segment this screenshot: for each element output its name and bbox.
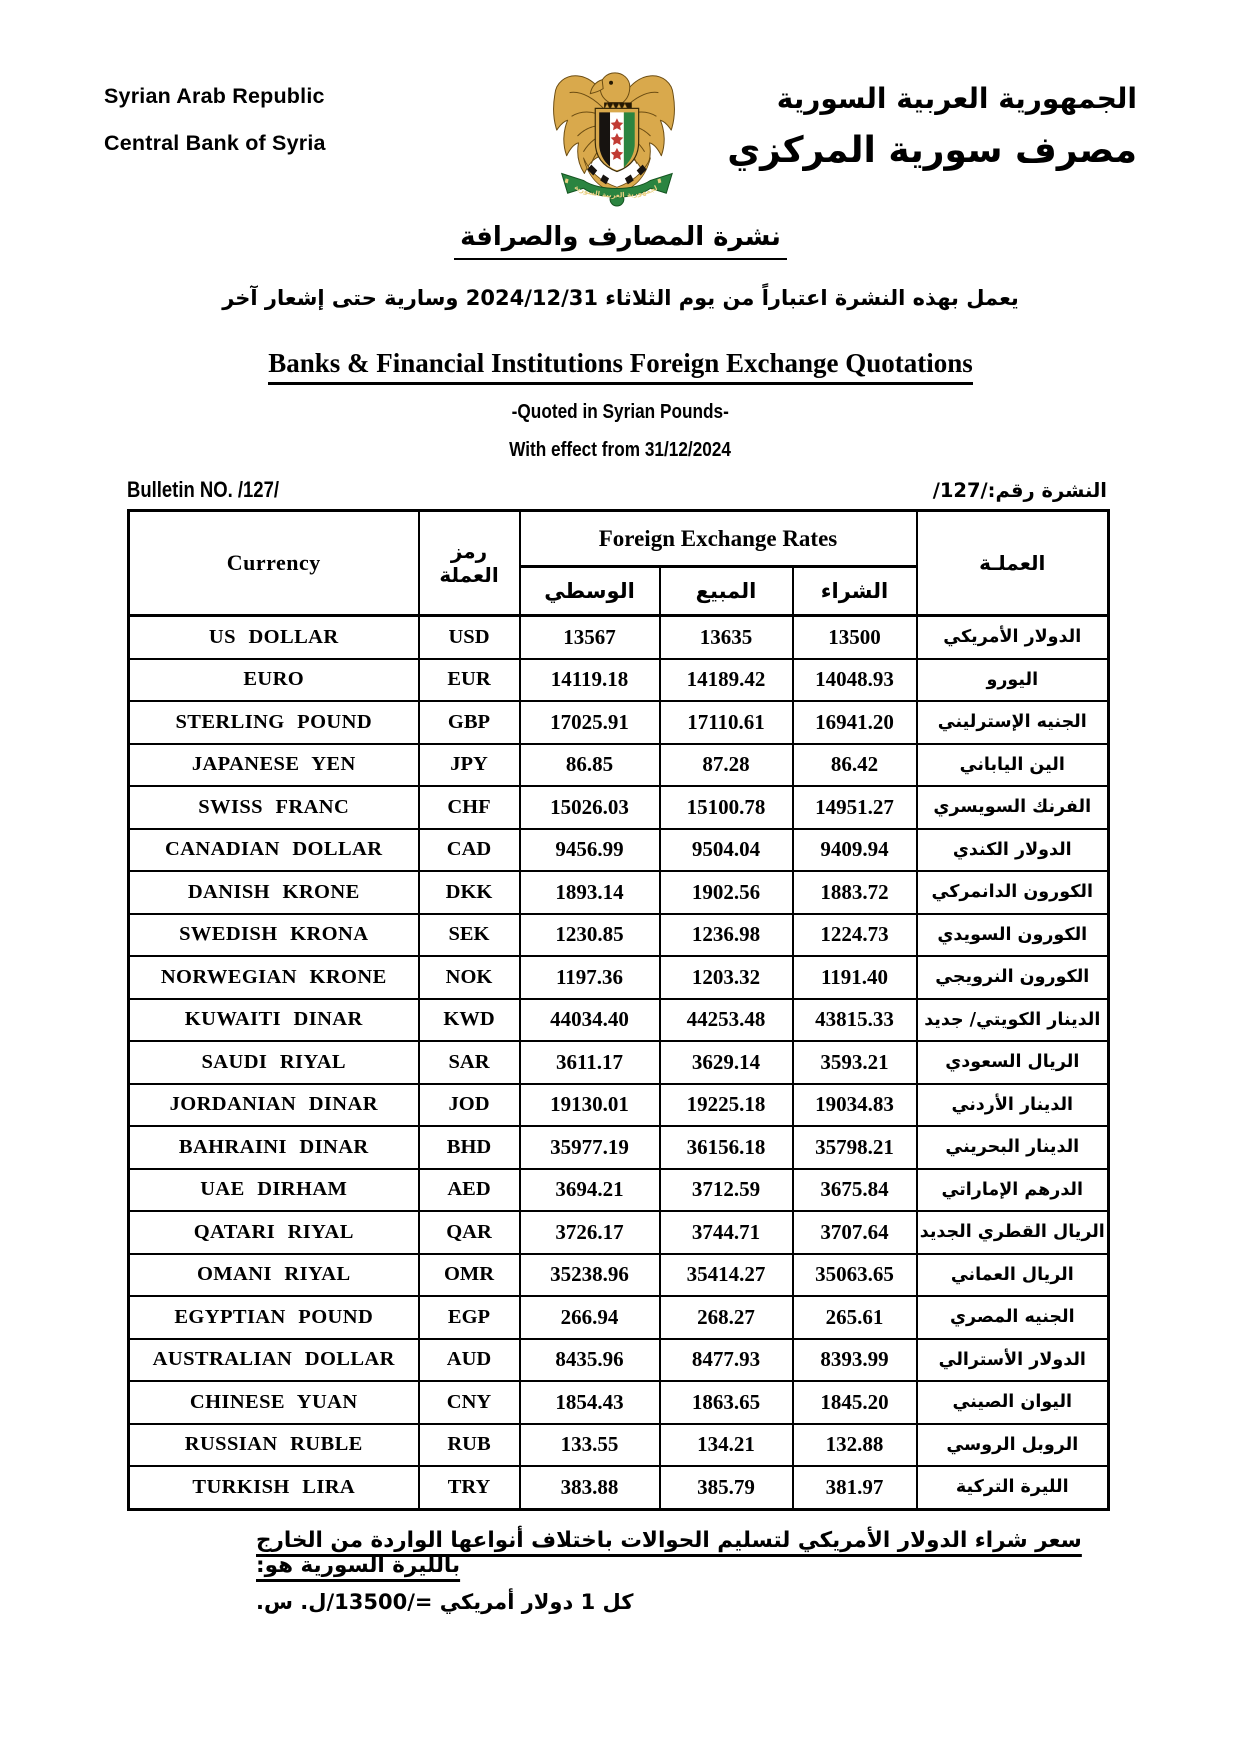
bulletin-number-row: Bulletin NO. /127/ النشرة رقم:/127/ xyxy=(127,477,1107,503)
currency-name-ar-cell: الدينار الأردني xyxy=(917,1084,1109,1127)
currency-name-cell: DANISH KRONE xyxy=(129,871,419,914)
rate-middle-cell: 19130.01 xyxy=(520,1084,660,1127)
currency-name-cell: KUWAITI DINAR xyxy=(129,999,419,1042)
currency-name-cell: US DOLLAR xyxy=(129,616,419,659)
currency-code-cell: AED xyxy=(419,1169,520,1212)
rate-middle-cell: 3611.17 xyxy=(520,1041,660,1084)
currency-row: AUSTRALIAN DOLLAR AUD 8435.96 8477.93 83… xyxy=(129,1339,1109,1382)
rate-middle-cell: 13567 xyxy=(520,616,660,659)
rate-buy-cell: 265.61 xyxy=(793,1296,917,1339)
rate-middle-cell: 3726.17 xyxy=(520,1211,660,1254)
currency-name-cell: CANADIAN DOLLAR xyxy=(129,829,419,872)
rate-buy-cell: 1845.20 xyxy=(793,1381,917,1424)
currency-row: TURKISH LIRA TRY 383.88 385.79 381.97 ال… xyxy=(129,1466,1109,1509)
currency-code-cell: KWD xyxy=(419,999,520,1042)
currency-code-cell: USD xyxy=(419,616,520,659)
currency-row: SWISS FRANC CHF 15026.03 15100.78 14951.… xyxy=(129,786,1109,829)
currency-name-ar-cell: الين الياباني xyxy=(917,744,1109,787)
bulletin-document: Syrian Arab Republic Central Bank of Syr… xyxy=(0,0,1241,1755)
rate-buy-cell: 43815.33 xyxy=(793,999,917,1042)
rates-table-body: US DOLLAR USD 13567 13635 13500 الدولار … xyxy=(129,616,1109,1510)
rate-sell-cell: 8477.93 xyxy=(660,1339,793,1382)
rate-sell-cell: 15100.78 xyxy=(660,786,793,829)
currency-name-ar-cell: الدولار الكندي xyxy=(917,829,1109,872)
currency-name-ar-cell: الريال القطري الجديد xyxy=(917,1211,1109,1254)
bulletin-title-english: Banks & Financial Institutions Foreign E… xyxy=(268,348,973,385)
currency-name-cell: NORWEGIAN KRONE xyxy=(129,956,419,999)
currency-name-cell: JAPANESE YEN xyxy=(129,744,419,787)
rate-buy-cell: 19034.83 xyxy=(793,1084,917,1127)
currency-row: SWEDISH KRONA SEK 1230.85 1236.98 1224.7… xyxy=(129,914,1109,957)
header-rate-sell: المبيع xyxy=(660,567,793,616)
rate-sell-cell: 385.79 xyxy=(660,1466,793,1509)
currency-row: EGYPTIAN POUND EGP 266.94 268.27 265.61 … xyxy=(129,1296,1109,1339)
currency-row: EURO EUR 14119.18 14189.42 14048.93 اليو… xyxy=(129,659,1109,702)
rate-middle-cell: 35238.96 xyxy=(520,1254,660,1297)
header-rates-group: Foreign Exchange Rates xyxy=(520,511,917,567)
currency-name-cell: EURO xyxy=(129,659,419,702)
currency-code-cell: SAR xyxy=(419,1041,520,1084)
rate-buy-cell: 86.42 xyxy=(793,744,917,787)
currency-name-ar-cell: الكورون السويدي xyxy=(917,914,1109,957)
currency-code-cell: BHD xyxy=(419,1126,520,1169)
currency-name-ar-cell: اليوان الصيني xyxy=(917,1381,1109,1424)
currency-name-ar-cell: الجنيه المصري xyxy=(917,1296,1109,1339)
rate-middle-cell: 3694.21 xyxy=(520,1169,660,1212)
bulletin-number-arabic: النشرة رقم:/127/ xyxy=(933,479,1107,502)
currency-code-cell: SEK xyxy=(419,914,520,957)
bank-identification: Syrian Arab Republic Central Bank of Syr… xyxy=(104,84,326,156)
currency-row: RUSSIAN RUBLE RUB 133.55 134.21 132.88 ا… xyxy=(129,1424,1109,1467)
bulletin-title-arabic: نشرة المصارف والصرافة xyxy=(454,222,787,260)
bulletin-number-english-wrap: Bulletin NO. /127/ xyxy=(127,477,308,503)
currency-code-cell: DKK xyxy=(419,871,520,914)
currency-name-cell: SWEDISH KRONA xyxy=(129,914,419,957)
rate-sell-cell: 1236.98 xyxy=(660,914,793,957)
currency-code-cell: CHF xyxy=(419,786,520,829)
header-rate-buy: الشراء xyxy=(793,567,917,616)
currency-name-cell: CHINESE YUAN xyxy=(129,1381,419,1424)
currency-code-cell: JOD xyxy=(419,1084,520,1127)
currency-row: CANADIAN DOLLAR CAD 9456.99 9504.04 9409… xyxy=(129,829,1109,872)
syria-coat-of-arms: الجمهورية العربية السورية xyxy=(549,63,679,209)
currency-name-ar-cell: الدينار البحريني xyxy=(917,1126,1109,1169)
rate-buy-cell: 1224.73 xyxy=(793,914,917,957)
header-currency-en: Currency xyxy=(129,511,419,616)
currency-name-cell: QATARI RIYAL xyxy=(129,1211,419,1254)
currency-row: UAE DIRHAM AED 3694.21 3712.59 3675.84 ا… xyxy=(129,1169,1109,1212)
rate-middle-cell: 1230.85 xyxy=(520,914,660,957)
currency-code-cell: AUD xyxy=(419,1339,520,1382)
currency-row: BAHRAINI DINAR BHD 35977.19 36156.18 357… xyxy=(129,1126,1109,1169)
rate-middle-cell: 1197.36 xyxy=(520,956,660,999)
fx-table-header: Currency رمز العملة Foreign Exchange Rat… xyxy=(129,511,1109,616)
currency-code-cell: JPY xyxy=(419,744,520,787)
currency-name-cell: JORDANIAN DINAR xyxy=(129,1084,419,1127)
currency-name-cell: UAE DIRHAM xyxy=(129,1169,419,1212)
currency-name-cell: RUSSIAN RUBLE xyxy=(129,1424,419,1467)
rate-sell-cell: 87.28 xyxy=(660,744,793,787)
currency-name-cell: EGYPTIAN POUND xyxy=(129,1296,419,1339)
quoted-in-line: -Quoted in Syrian Pounds- xyxy=(512,400,729,424)
currency-name-cell: BAHRAINI DINAR xyxy=(129,1126,419,1169)
currency-name-ar-cell: الفرنك السويسري xyxy=(917,786,1109,829)
rate-middle-cell: 15026.03 xyxy=(520,786,660,829)
rate-sell-cell: 17110.61 xyxy=(660,701,793,744)
rate-sell-cell: 3744.71 xyxy=(660,1211,793,1254)
currency-name-ar-cell: الدولار الأمريكي xyxy=(917,616,1109,659)
currency-row: US DOLLAR USD 13567 13635 13500 الدولار … xyxy=(129,616,1109,659)
currency-name-cell: STERLING POUND xyxy=(129,701,419,744)
currency-name-cell: SWISS FRANC xyxy=(129,786,419,829)
bulletin-title-arabic-wrap: نشرة المصارف والصرافة xyxy=(0,222,1241,260)
currency-name-ar-cell: الكورون الدانمركي xyxy=(917,871,1109,914)
rate-buy-cell: 3707.64 xyxy=(793,1211,917,1254)
rate-buy-cell: 381.97 xyxy=(793,1466,917,1509)
country-name: Syrian Arab Republic xyxy=(104,84,326,109)
rate-buy-cell: 1191.40 xyxy=(793,956,917,999)
rate-middle-cell: 14119.18 xyxy=(520,659,660,702)
currency-row: JORDANIAN DINAR JOD 19130.01 19225.18 19… xyxy=(129,1084,1109,1127)
currency-code-cell: RUB xyxy=(419,1424,520,1467)
rate-buy-cell: 13500 xyxy=(793,616,917,659)
rate-sell-cell: 1863.65 xyxy=(660,1381,793,1424)
currency-row: SAUDI RIYAL SAR 3611.17 3629.14 3593.21 … xyxy=(129,1041,1109,1084)
rate-middle-cell: 1854.43 xyxy=(520,1381,660,1424)
rate-sell-cell: 36156.18 xyxy=(660,1126,793,1169)
currency-name-ar-cell: الدولار الأسترالي xyxy=(917,1339,1109,1382)
currency-name-cell: SAUDI RIYAL xyxy=(129,1041,419,1084)
rate-middle-cell: 1893.14 xyxy=(520,871,660,914)
rate-sell-cell: 3712.59 xyxy=(660,1169,793,1212)
rate-middle-cell: 86.85 xyxy=(520,744,660,787)
bank-arabic-calligraphy: الجمهورية العربية السورية مصرف سورية الم… xyxy=(727,74,1137,178)
currency-code-cell: TRY xyxy=(419,1466,520,1509)
rate-buy-cell: 35063.65 xyxy=(793,1254,917,1297)
bank-name: Central Bank of Syria xyxy=(104,131,326,156)
currency-name-ar-cell: الدرهم الإماراتي xyxy=(917,1169,1109,1212)
currency-name-ar-cell: الريال العماني xyxy=(917,1254,1109,1297)
currency-row: JAPANESE YEN JPY 86.85 87.28 86.42 الين … xyxy=(129,744,1109,787)
currency-code-cell: NOK xyxy=(419,956,520,999)
rate-sell-cell: 1203.32 xyxy=(660,956,793,999)
currency-name-ar-cell: الجنيه الإسترليني xyxy=(917,701,1109,744)
currency-code-cell: GBP xyxy=(419,701,520,744)
rate-sell-cell: 14189.42 xyxy=(660,659,793,702)
remittance-footnote: سعر شراء الدولار الأمريكي لتسليم الحوالا… xyxy=(256,1528,1108,1614)
rate-middle-cell: 9456.99 xyxy=(520,829,660,872)
currency-row: STERLING POUND GBP 17025.91 17110.61 169… xyxy=(129,701,1109,744)
header-currency-ar: العملـة xyxy=(917,511,1109,616)
rate-buy-cell: 3593.21 xyxy=(793,1041,917,1084)
rate-sell-cell: 35414.27 xyxy=(660,1254,793,1297)
currency-name-ar-cell: الدينار الكويتي/ جديد xyxy=(917,999,1109,1042)
rate-middle-cell: 44034.40 xyxy=(520,999,660,1042)
currency-name-ar-cell: الكورون النرويجي xyxy=(917,956,1109,999)
rate-buy-cell: 16941.20 xyxy=(793,701,917,744)
header-rate-middle: الوسطي xyxy=(520,567,660,616)
currency-name-ar-cell: الروبل الروسي xyxy=(917,1424,1109,1467)
currency-code-cell: EUR xyxy=(419,659,520,702)
calligraphy-republic-line: الجمهورية العربية السورية xyxy=(727,74,1137,124)
rate-buy-cell: 9409.94 xyxy=(793,829,917,872)
rate-sell-cell: 1902.56 xyxy=(660,871,793,914)
effect-date-line: With effect from 31/12/2024 xyxy=(510,438,732,462)
header-currency-code-ar: رمز العملة xyxy=(419,511,520,616)
currency-name-ar-cell: الليرة التركية xyxy=(917,1466,1109,1509)
validity-note-arabic: يعمل بهذه النشرة اعتباراً من يوم الثلاثا… xyxy=(0,286,1241,310)
currency-name-cell: OMANI RIYAL xyxy=(129,1254,419,1297)
rate-buy-cell: 14951.27 xyxy=(793,786,917,829)
currency-row: QATARI RIYAL QAR 3726.17 3744.71 3707.64… xyxy=(129,1211,1109,1254)
currency-code-cell: QAR xyxy=(419,1211,520,1254)
remittance-note-line: سعر شراء الدولار الأمريكي لتسليم الحوالا… xyxy=(256,1528,1108,1578)
rate-sell-cell: 134.21 xyxy=(660,1424,793,1467)
currency-row: OMANI RIYAL OMR 35238.96 35414.27 35063.… xyxy=(129,1254,1109,1297)
rate-middle-cell: 383.88 xyxy=(520,1466,660,1509)
rate-buy-cell: 1883.72 xyxy=(793,871,917,914)
currency-row: KUWAITI DINAR KWD 44034.40 44253.48 4381… xyxy=(129,999,1109,1042)
bulletin-title-english-wrap: Banks & Financial Institutions Foreign E… xyxy=(0,348,1241,385)
currency-name-ar-cell: اليورو xyxy=(917,659,1109,702)
rate-buy-cell: 132.88 xyxy=(793,1424,917,1467)
shield-stars-icon xyxy=(611,118,624,160)
rate-middle-cell: 266.94 xyxy=(520,1296,660,1339)
rate-middle-cell: 17025.91 xyxy=(520,701,660,744)
currency-code-cell: CAD xyxy=(419,829,520,872)
currency-row: DANISH KRONE DKK 1893.14 1902.56 1883.72… xyxy=(129,871,1109,914)
quoted-in-line-wrap: -Quoted in Syrian Pounds- xyxy=(0,400,1241,424)
currency-name-ar-cell: الريال السعودي xyxy=(917,1041,1109,1084)
currency-name-cell: TURKISH LIRA xyxy=(129,1466,419,1509)
currency-code-cell: EGP xyxy=(419,1296,520,1339)
rate-buy-cell: 14048.93 xyxy=(793,659,917,702)
rate-buy-cell: 8393.99 xyxy=(793,1339,917,1382)
rate-middle-cell: 8435.96 xyxy=(520,1339,660,1382)
rate-buy-cell: 35798.21 xyxy=(793,1126,917,1169)
rate-sell-cell: 44253.48 xyxy=(660,999,793,1042)
calligraphy-bank-line: مصرف سورية المركزي xyxy=(727,124,1137,178)
remittance-rate-line: كل 1 دولار أمريكي =/13500/ل. س. xyxy=(256,1590,1108,1614)
effect-date-line-wrap: With effect from 31/12/2024 xyxy=(0,438,1241,462)
fx-rates-table: Currency رمز العملة Foreign Exchange Rat… xyxy=(127,509,1110,1511)
rate-sell-cell: 9504.04 xyxy=(660,829,793,872)
currency-code-cell: CNY xyxy=(419,1381,520,1424)
currency-row: CHINESE YUAN CNY 1854.43 1863.65 1845.20… xyxy=(129,1381,1109,1424)
rate-middle-cell: 35977.19 xyxy=(520,1126,660,1169)
rate-sell-cell: 13635 xyxy=(660,616,793,659)
rate-sell-cell: 3629.14 xyxy=(660,1041,793,1084)
rate-middle-cell: 133.55 xyxy=(520,1424,660,1467)
currency-code-cell: OMR xyxy=(419,1254,520,1297)
bulletin-number-english: Bulletin NO. /127/ xyxy=(127,477,279,503)
rate-buy-cell: 3675.84 xyxy=(793,1169,917,1212)
currency-name-cell: AUSTRALIAN DOLLAR xyxy=(129,1339,419,1382)
rate-sell-cell: 268.27 xyxy=(660,1296,793,1339)
rate-sell-cell: 19225.18 xyxy=(660,1084,793,1127)
currency-row: NORWEGIAN KRONE NOK 1197.36 1203.32 1191… xyxy=(129,956,1109,999)
